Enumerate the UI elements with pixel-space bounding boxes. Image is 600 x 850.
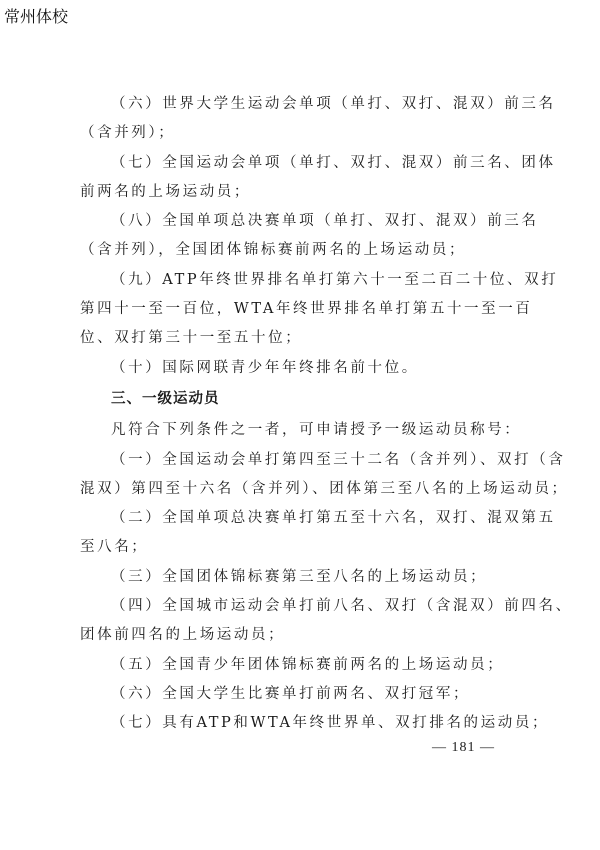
paragraph-line: 第四十一至一百位，WTA年终世界排名单打第五十一至一百 (80, 295, 522, 324)
paragraph-line: （含并列），全国团体锦标赛前两名的上场运动员； (80, 236, 522, 265)
paragraph-line: （一）全国运动会单打第四至三十二名（含并列）、双打（含 (80, 446, 522, 475)
paragraph-line: 混双）第四至十六名（含并列）、团体第三至八名的上场运动员； (80, 475, 522, 504)
paragraph-line: 至八名； (80, 533, 522, 562)
paragraph-line: （含并列）； (80, 119, 522, 148)
paragraph-line: 团体前四名的上场运动员； (80, 621, 522, 650)
paragraph-line: （六）全国大学生比赛单打前两名、双打冠军； (80, 680, 522, 709)
paragraph-line: （九）ATP年终世界排名单打第六十一至二百二十位、双打 (80, 266, 522, 295)
paragraph-line: 前两名的上场运动员； (80, 178, 522, 207)
paragraph-line: （八）全国单项总决赛单项（单打、双打、混双）前三名 (80, 207, 522, 236)
paragraph-line: （二）全国单项总决赛单打第五至十六名，双打、混双第五 (80, 504, 522, 533)
section-heading: 三、一级运动员 (80, 385, 522, 414)
paragraph-line: （六）世界大学生运动会单项（单打、双打、混双）前三名 (80, 90, 522, 119)
paragraph-line: （十）国际网联青少年年终排名前十位。 (80, 354, 522, 383)
watermark: 常州体校 (4, 4, 68, 27)
page-number: — 181 — (432, 740, 495, 756)
paragraph-line: （七）具有ATP和WTA年终世界单、双打排名的运动员； (80, 709, 522, 738)
document-body: （六）世界大学生运动会单项（单打、双打、混双）前三名 （含并列）； （七）全国运… (80, 90, 522, 739)
paragraph-line: （五）全国青少年团体锦标赛前两名的上场运动员； (80, 651, 522, 680)
paragraph-line: （四）全国城市运动会单打前八名、双打（含混双）前四名、 (80, 592, 522, 621)
paragraph-line: 凡符合下列条件之一者，可申请授予一级运动员称号： (80, 416, 522, 445)
paragraph-line: （三）全国团体锦标赛第三至八名的上场运动员； (80, 563, 522, 592)
paragraph-line: 位、双打第三十一至五十位； (80, 324, 522, 353)
paragraph-line: （七）全国运动会单项（单打、双打、混双）前三名、团体 (80, 149, 522, 178)
